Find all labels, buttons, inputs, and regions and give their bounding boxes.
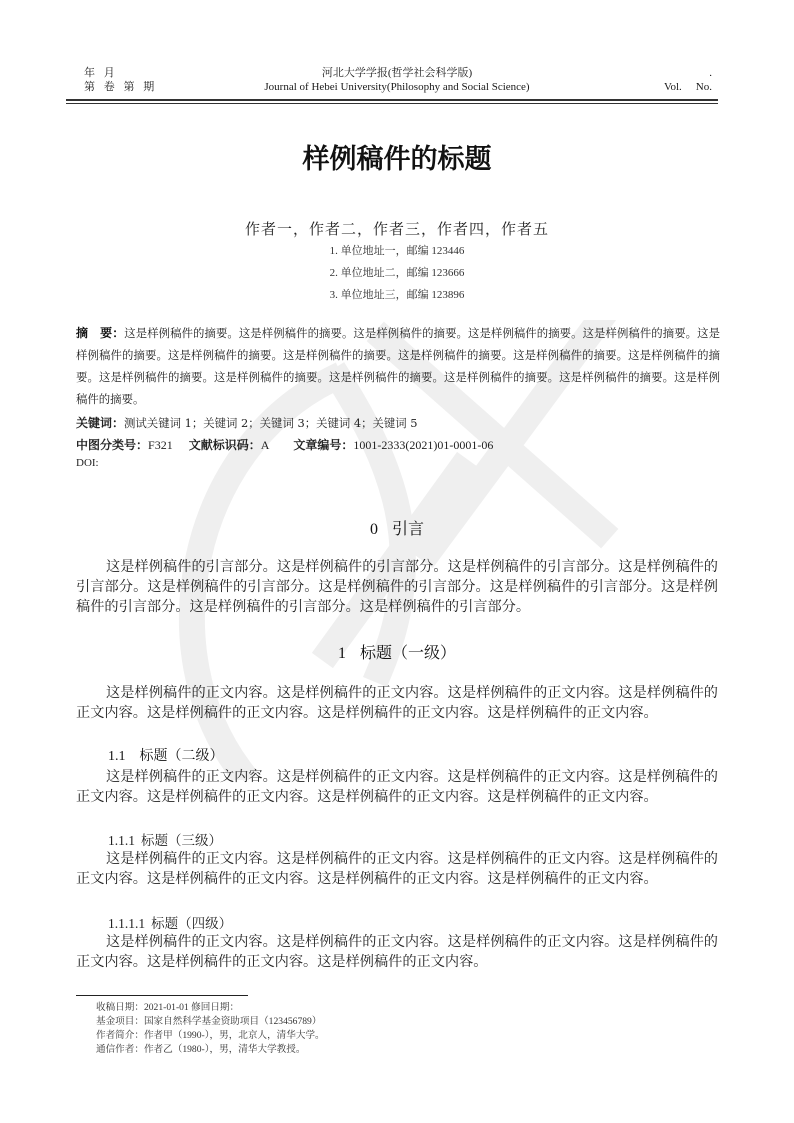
header-rule-thin: [66, 103, 718, 104]
subsection-heading-1-1-1-1: 1.1.1.1标题（四级）: [108, 912, 232, 932]
abstract-text: 这是样例稿件的摘要。这是样例稿件的摘要。这是样例稿件的摘要。这是样例稿件的摘要。…: [76, 326, 720, 406]
subsection-number: 1.1.1.1: [108, 916, 145, 931]
journal-name-en: Journal of Hebei University(Philosophy a…: [76, 80, 718, 94]
affiliation-1: 1. 单位地址一，邮编 123446: [0, 242, 794, 258]
subsection-title: 标题（二级）: [140, 748, 224, 764]
classification-line: 中图分类号：F321文献标识码：A文章编号：1001-2333(2021)01-…: [76, 436, 493, 453]
footnote-author-bio: 作者简介：作者甲（1990-），男，北京人，清华大学。: [96, 1029, 325, 1043]
affiliation-3: 3. 单位地址三，邮编 123896: [0, 286, 794, 302]
doc-code-label: 文献标识码：: [189, 438, 261, 452]
section-1-1-1-paragraph: 这是样例稿件的正文内容。这是样例稿件的正文内容。这是样例稿件的正文内容。这是样例…: [76, 849, 718, 889]
section-1-1-paragraph: 这是样例稿件的正文内容。这是样例稿件的正文内容。这是样例稿件的正文内容。这是样例…: [76, 767, 718, 807]
footnote-funding: 基金项目：国家自然科学基金资助项目（123456789）: [96, 1015, 325, 1029]
paragraph-text: 这是样例稿件的正文内容。这是样例稿件的正文内容。这是样例稿件的正文内容。这是样例…: [76, 769, 718, 805]
vol-no: . Vol.No.: [664, 66, 712, 94]
section-heading-0: 0引言: [0, 516, 794, 539]
abstract-label: 摘 要：: [76, 326, 124, 340]
paragraph-text: 这是样例稿件的正文内容。这是样例稿件的正文内容。这是样例稿件的正文内容。这是样例…: [76, 934, 718, 970]
paper-page: 年 月 第 卷 第 期 河北大学学报(哲学社会科学版) Journal of H…: [0, 0, 794, 1123]
subsection-heading-1-1: 1.1标题（二级）: [108, 745, 224, 765]
right-dot: .: [664, 66, 712, 80]
affiliation-2: 2. 单位地址二，邮编 123666: [0, 264, 794, 280]
subsection-number: 1.1.1: [108, 833, 135, 848]
footnote-rule: [76, 995, 248, 996]
doi-line: DOI:: [76, 457, 99, 469]
journal-name: 河北大学学报(哲学社会科学版) Journal of Hebei Univers…: [76, 66, 718, 94]
abstract: 摘 要：这是样例稿件的摘要。这是样例稿件的摘要。这是样例稿件的摘要。这是样例稿件…: [76, 322, 720, 410]
intro-paragraph: 这是样例稿件的引言部分。这是样例稿件的引言部分。这是样例稿件的引言部分。这是样例…: [76, 557, 718, 617]
footnote-corresponding-author: 通信作者：作者乙（1980-），男，清华大学教授。: [96, 1043, 325, 1057]
paper-title: 样例稿件的标题: [0, 137, 794, 176]
subsection-number: 1.1: [108, 749, 126, 764]
running-header: 年 月 第 卷 第 期 河北大学学报(哲学社会科学版) Journal of H…: [76, 66, 718, 100]
vol-label: Vol.: [664, 80, 682, 94]
section-number: 1: [338, 645, 346, 662]
section-1-paragraph: 这是样例稿件的正文内容。这是样例稿件的正文内容。这是样例稿件的正文内容。这是样例…: [76, 683, 718, 723]
keywords-label: 关键词：: [76, 416, 124, 430]
doc-code-value: A: [261, 438, 270, 452]
section-heading-1: 1标题（一级）: [0, 640, 794, 663]
section-title: 标题（一级）: [360, 643, 456, 662]
article-no-value: 1001-2333(2021)01-0001-06: [353, 438, 493, 452]
paragraph-text: 这是样例稿件的引言部分。这是样例稿件的引言部分。这是样例稿件的引言部分。这是样例…: [76, 559, 718, 615]
article-no-label: 文章编号：: [293, 438, 353, 452]
clc-value: F321: [148, 438, 173, 452]
no-label: No.: [696, 81, 712, 93]
section-1-1-1-1-paragraph: 这是样例稿件的正文内容。这是样例稿件的正文内容。这是样例稿件的正文内容。这是样例…: [76, 932, 718, 972]
subsection-title: 标题（三级）: [141, 833, 222, 848]
footnotes: 收稿日期：2021-01-01 修回日期： 基金项目：国家自然科学基金资助项目（…: [96, 1001, 325, 1057]
keywords: 关键词：测试关键词 1；关键词 2；关键词 3；关键词 4；关键词 5: [76, 414, 418, 431]
subsection-title: 标题（四级）: [151, 916, 232, 931]
subsection-heading-1-1-1: 1.1.1标题（三级）: [108, 829, 222, 849]
clc-label: 中图分类号：: [76, 438, 148, 452]
header-rule-thick: [66, 99, 718, 101]
author-list: 作者一，作者二，作者三，作者四，作者五: [0, 218, 794, 239]
footnote-received-date: 收稿日期：2021-01-01 修回日期：: [96, 1001, 325, 1015]
paragraph-text: 这是样例稿件的正文内容。这是样例稿件的正文内容。这是样例稿件的正文内容。这是样例…: [76, 685, 718, 721]
section-title: 引言: [392, 519, 424, 538]
keywords-text: 测试关键词 1；关键词 2；关键词 3；关键词 4；关键词 5: [124, 416, 418, 430]
section-number: 0: [370, 521, 378, 538]
doi-label: DOI:: [76, 457, 99, 469]
paragraph-text: 这是样例稿件的正文内容。这是样例稿件的正文内容。这是样例稿件的正文内容。这是样例…: [76, 851, 718, 887]
journal-name-cn: 河北大学学报(哲学社会科学版): [76, 66, 718, 80]
